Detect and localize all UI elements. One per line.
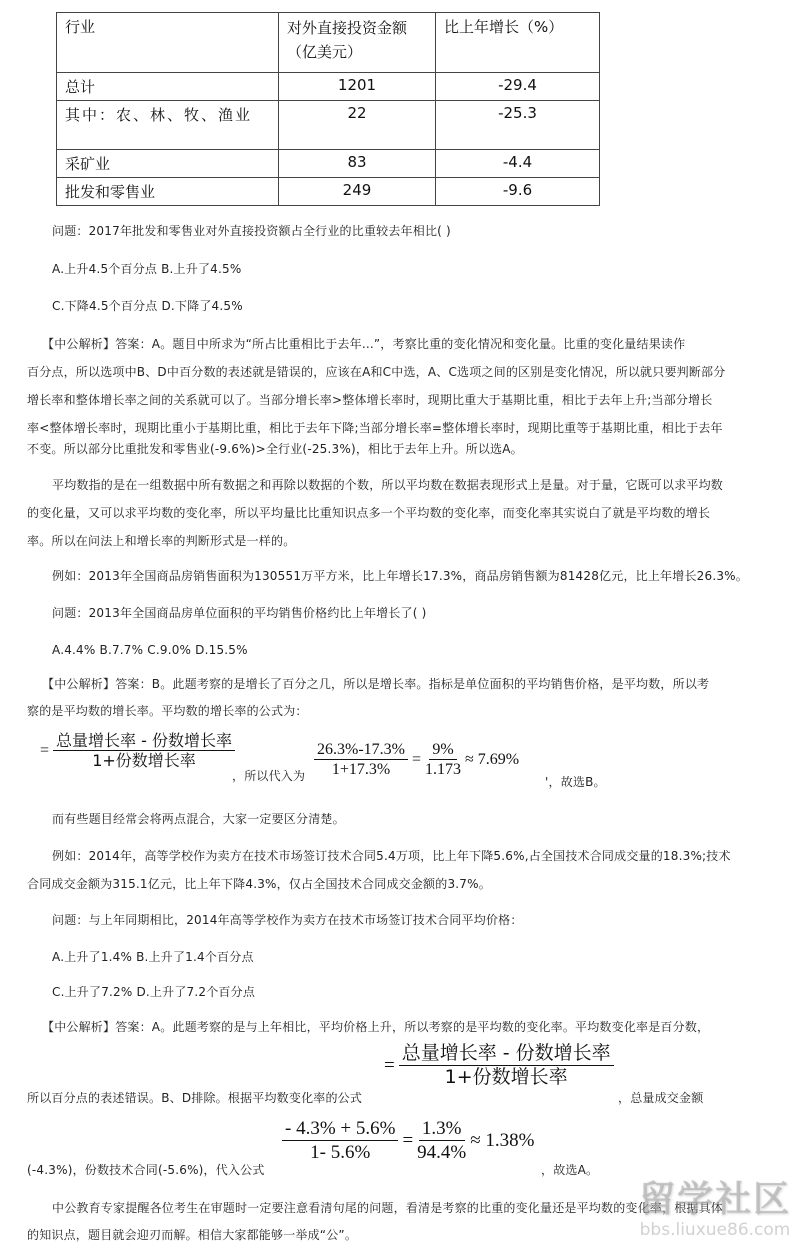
q2-analysis-line: 【中公解析】答案：B。此题考察的是增长了百分之几，所以是增长率。指标是单位面积的… [42, 677, 709, 691]
cell-industry: 总计 [57, 73, 279, 101]
formula-numerator: 总量增长率 - 份数增长率 [53, 732, 235, 751]
watermark: 留学社区 bbs.liuxue86.com [630, 1180, 800, 1253]
calc-denominator-2: 94.4% [417, 1141, 466, 1164]
calc-fraction-2: 1.3% 94.4% [417, 1118, 466, 1164]
calc-numerator-1: - 4.3% + 5.6% [282, 1118, 398, 1141]
formula-denominator: 1+份数增长率 [92, 751, 196, 770]
calc-fraction-1: 26.3%-17.3% 1+17.3% [314, 741, 408, 780]
cell-amount: 249 [279, 178, 436, 206]
calc-denominator-1: 1- 5.6% [310, 1141, 370, 1164]
q3-calculation: - 4.3% + 5.6% 1- 5.6% = 1.3% 94.4% ≈ 1.3… [282, 1118, 539, 1164]
q1-analysis-line: 百分点，所以选项中B、D中百分数的表述就是错误的，应该在A和C中选，A、C选项之… [27, 365, 725, 379]
cell-industry: 其中：农、林、牧、渔业 [57, 101, 279, 150]
q3-conclusion: ，故选A。 [541, 1163, 598, 1177]
q3-options-cd: C.上升了7.2% D.上升了7.2个百分点 [52, 985, 255, 999]
watermark-url: bbs.liuxue86.com [630, 1220, 800, 1240]
q3-example-line: 合同成交金额为315.1亿元，比上年下降4.3%，仅占全国技术合同成交金额的3.… [27, 877, 491, 891]
mix-note: 而有些题目经常会将两点混合，大家一定要区分清楚。 [52, 812, 345, 826]
table-row: 批发和零售业 249 -9.6 [57, 178, 600, 206]
formula-numerator: 总量增长率 - 份数增长率 [399, 1043, 614, 1066]
q2-substitute-text: ，所以代入为 [232, 769, 305, 783]
concept-line: 率。所以在问法上和增长率的判断形式是一样的。 [27, 534, 295, 548]
table-row: 其中：农、林、牧、渔业 22 -25.3 [57, 101, 600, 150]
calc-fraction-1: - 4.3% + 5.6% 1- 5.6% [282, 1118, 398, 1164]
cell-industry: 批发和零售业 [57, 178, 279, 206]
table-row: 采矿业 83 -4.4 [57, 150, 600, 178]
calc-fraction-2: 9% 1.173 [425, 741, 461, 780]
q3-options-ab: A.上升了1.4% B.上升了1.4个百分点 [52, 950, 254, 964]
cell-amount: 83 [279, 150, 436, 178]
cell-industry: 采矿业 [57, 150, 279, 178]
q1-options-ab: A.上升4.5个百分点 B.上升了4.5% [52, 262, 241, 276]
q1-options-cd: C.下降4.5个百分点 D.下降了4.5% [52, 299, 243, 313]
q3-analysis-1: 【中公解析】答案：A。此题考察的是与上年相比，平均价格上升，所以考察的是平均数的… [42, 1020, 709, 1034]
header-amount-line1: 对外直接投资金额 [287, 16, 427, 40]
calc-denominator-2: 1.173 [425, 760, 461, 779]
table-header-row: 行业 对外直接投资金额 （亿美元） 比上年增长（%） [57, 13, 600, 73]
closing-line: 中公教育专家提醒各位考生在审题时一定要注意看清句尾的问题，看清是考察的比重的变化… [52, 1201, 723, 1215]
formula-equals: = [40, 742, 49, 760]
q2-example: 例如：2013年全国商品房销售面积为130551万平方米，比上年增长17.3%，… [52, 569, 748, 583]
formula-fraction: 总量增长率 - 份数增长率 1+份数增长率 [53, 732, 235, 771]
header-growth: 比上年增长（%） [436, 13, 600, 73]
q3-analysis-2: 所以百分点的表述错误。B、D排除。根据平均数变化率的公式 [27, 1091, 362, 1105]
q2-calculation: 26.3%-17.3% 1+17.3% = 9% 1.173 ≈ 7.69% [314, 741, 523, 780]
investment-table: 行业 对外直接投资金额 （亿美元） 比上年增长（%） 总计 1201 -29.4… [56, 12, 600, 206]
calc-numerator-2: 1.3% [419, 1118, 465, 1141]
calc-denominator-1: 1+17.3% [332, 760, 390, 779]
calc-equals: = [412, 751, 421, 769]
q3-question: 问题：与上年同期相比，2014年高等学校作为卖方在技术市场签订技术合同平均价格： [52, 913, 523, 927]
q2-conclusion: '，故选B。 [545, 775, 606, 789]
average-change-formula: = 总量增长率 - 份数增长率 1+份数增长率 [380, 1043, 614, 1089]
q3-example-line: 例如：2014年，高等学校作为卖方在技术市场签订技术合同5.4万项，比上年下降5… [52, 849, 731, 863]
concept-line: 平均数指的是在一组数据中所有数据之和再除以数据的个数，所以平均数在数据表现形式上… [52, 478, 723, 492]
q3-analysis-3: (-4.3%)，份数技术合同(-5.6%)，代入公式 [27, 1163, 265, 1177]
calc-equals: = [402, 1130, 413, 1152]
calc-numerator-1: 26.3%-17.3% [314, 741, 408, 760]
cell-growth: -29.4 [436, 73, 600, 101]
calc-result: ≈ 7.69% [465, 751, 519, 769]
cell-amount: 1201 [279, 73, 436, 101]
q2-question: 问题：2013年全国商品房单位面积的平均销售价格约比上年增长了( ) [52, 606, 427, 620]
q1-analysis-line: 增长率和整体增长率之间的关系就可以了。当部分增长率>整体增长率时，现期比重大于基… [27, 393, 713, 407]
q1-analysis-line: 率<整体增长率时，现期比重小于基期比重，相比于去年下降;当部分增长率=整体增长率… [27, 421, 723, 435]
formula-equals: = [384, 1055, 395, 1077]
q2-options: A.4.4% B.7.7% C.9.0% D.15.5% [52, 643, 248, 657]
formula-fraction: 总量增长率 - 份数增长率 1+份数增长率 [399, 1043, 614, 1089]
header-amount-line2: （亿美元） [287, 40, 427, 64]
cell-amount: 22 [279, 101, 436, 150]
q2-analysis-line: 察的是平均数的增长率。平均数的增长率的公式为： [27, 704, 308, 718]
table-row: 总计 1201 -29.4 [57, 73, 600, 101]
watermark-title: 留学社区 [630, 1180, 800, 1220]
concept-line: 的变化量，又可以求平均数的变化率，所以平均量比比重知识点多一个平均数的变化率，而… [27, 506, 710, 520]
q1-question: 问题：2017年批发和零售业对外直接投资额占全行业的比重较去年相比( ) [52, 224, 451, 238]
q1-analysis-line: 【中公解析】答案：A。题目中所求为“所占比重相比于去年...”，考察比重的变化情… [42, 337, 685, 351]
average-growth-formula: = 总量增长率 - 份数增长率 1+份数增长率 [36, 732, 235, 771]
cell-growth: -9.6 [436, 178, 600, 206]
q1-analysis-line: 不变。所以部分比重批发和零售业(-9.6%)>全行业(-25.3%)，相比于去年… [27, 442, 523, 456]
closing-line: 的知识点，题目就会迎刃而解。相信大家都能够一举成“公”。 [27, 1228, 357, 1242]
calc-result: ≈ 1.38% [470, 1130, 534, 1152]
header-industry: 行业 [57, 13, 279, 73]
header-amount: 对外直接投资金额 （亿美元） [279, 13, 436, 73]
calc-numerator-2: 9% [429, 741, 456, 760]
q3-analysis-2-tail: ，总量成交金额 [618, 1091, 703, 1105]
formula-denominator: 1+份数增长率 [445, 1066, 568, 1089]
cell-growth: -4.4 [436, 150, 600, 178]
cell-growth: -25.3 [436, 101, 600, 150]
